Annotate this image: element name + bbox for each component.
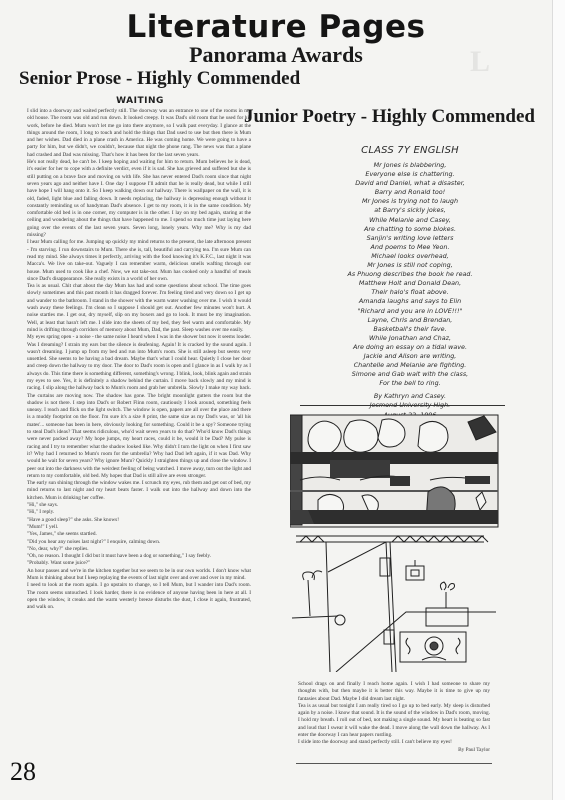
story-paragraph: "Hi," she says. <box>27 502 251 509</box>
page-title: Literature Pages <box>0 10 552 44</box>
story-paragraph: The early sun shining through the window… <box>27 480 251 502</box>
story-paragraph: "Have a good sleep?" she asks. She knows… <box>27 517 251 524</box>
poem-line: While Melanie and Casey, <box>300 216 520 225</box>
poem-line: Matthew Holt and Donald Dean, <box>300 279 520 288</box>
story-paragraph: I slid into a doorway and waited perfect… <box>27 108 251 159</box>
poem-line: As Phuong describes the book he read. <box>300 270 520 279</box>
poem-line: Amanda laughs and says to Elin <box>300 297 520 306</box>
poem-line: Sanjin's writing love letters <box>300 234 520 243</box>
poem-line: Jackie and Alison are writing, <box>300 352 520 361</box>
poem-line: Layne, Chris and Brendan, <box>300 316 520 325</box>
poem-line: at Barry's sickly jokes, <box>300 206 520 215</box>
poem-line: Basketball's their fave. <box>300 325 520 334</box>
story-paragraph: "Probably. Want some juice?" <box>27 560 251 567</box>
story-title: WAITING <box>25 96 255 107</box>
poem-line: Simone and Gab wait with the class, <box>300 370 520 379</box>
story-paragraph: Tea is as usual. Chit chat about the day… <box>27 283 251 334</box>
poem-line: While Jonathan and Chaz, <box>300 334 520 343</box>
page-edge <box>552 0 565 800</box>
story-continuation: School drags on and finally I reach home… <box>298 681 490 754</box>
divider <box>300 405 505 406</box>
poem-line: Chantelle and Melanie are fighting. <box>300 361 520 370</box>
story-paragraph: "Yes, James," she seems startled. <box>27 531 251 538</box>
story-paragraph: My eyes spring open - a noise - the same… <box>27 334 251 480</box>
poem-line: Everyone else is chattering. <box>300 170 520 179</box>
poem-line: "Richard and you are in LOVE!!!" <box>300 307 520 316</box>
poem-line: Michael looks overhead, <box>300 252 520 261</box>
poem-line: Their halo's float above. <box>300 288 520 297</box>
junior-poetry-heading: Junior Poetry - Highly Commended <box>244 106 535 128</box>
magazine-page: L Literature Pages Panorama Awards Senio… <box>0 0 552 800</box>
poem-line: Are doing an essay on a tidal wave. <box>300 343 520 352</box>
story-paragraph: He's not really dead, he can't be. I kee… <box>27 159 251 239</box>
story-paragraph: "Oh, no reason. I thought I did but it m… <box>27 553 251 560</box>
poem-line: David and Daniel, what a disaster, <box>300 179 520 188</box>
poem-credit-line: By Kathryn and Casey. <box>300 392 520 401</box>
poem-line: Barry and Ronald too! <box>300 188 520 197</box>
story-paragraph: I slide into the doorway and stand perfe… <box>298 739 490 746</box>
senior-prose-heading: Senior Prose - Highly Commended <box>19 68 300 90</box>
story-paragraph: "Mum!" I yell. <box>27 524 251 531</box>
poem-line: For the bell to ring. <box>300 379 520 388</box>
story-paragraph: School drags on and finally I reach home… <box>298 681 490 703</box>
story-body: I slid into a doorway and waited perfect… <box>27 108 251 698</box>
story-paragraph: "Did you hear any noises last night?" I … <box>27 539 251 546</box>
story-paragraph: An hour passes and we're in the kitchen … <box>27 568 251 583</box>
story-paragraph: "Hi," I reply. <box>27 509 251 516</box>
story-byline: By Paul Taylor <box>298 747 490 754</box>
poem-line: Mr Jones is blabbering, <box>300 161 520 170</box>
poem-line: Mr Jones is trying not to laugh <box>300 197 520 206</box>
story-paragraph: "No, dear, why?" she replies. <box>27 546 251 553</box>
poem-line: And poems to Mee Yeon. <box>300 243 520 252</box>
page-number: 28 <box>10 758 36 786</box>
classroom-illustration <box>290 410 500 672</box>
page-subtitle: Panorama Awards <box>0 42 552 68</box>
poem-title: CLASS 7Y ENGLISH <box>300 144 520 158</box>
divider <box>296 763 492 764</box>
poem-line: Mr Jones is still not coping, <box>300 261 520 270</box>
story-paragraph: I hear Mum calling for me. Jumping up qu… <box>27 239 251 283</box>
poem-line: Are chatting to some blokes. <box>300 225 520 234</box>
poem: CLASS 7Y ENGLISH Mr Jones is blabbering,… <box>300 144 520 420</box>
story-paragraph: I need to look at the room again. I go u… <box>27 582 251 611</box>
story-paragraph: Tea is as usual but tonight I am really … <box>298 703 490 739</box>
